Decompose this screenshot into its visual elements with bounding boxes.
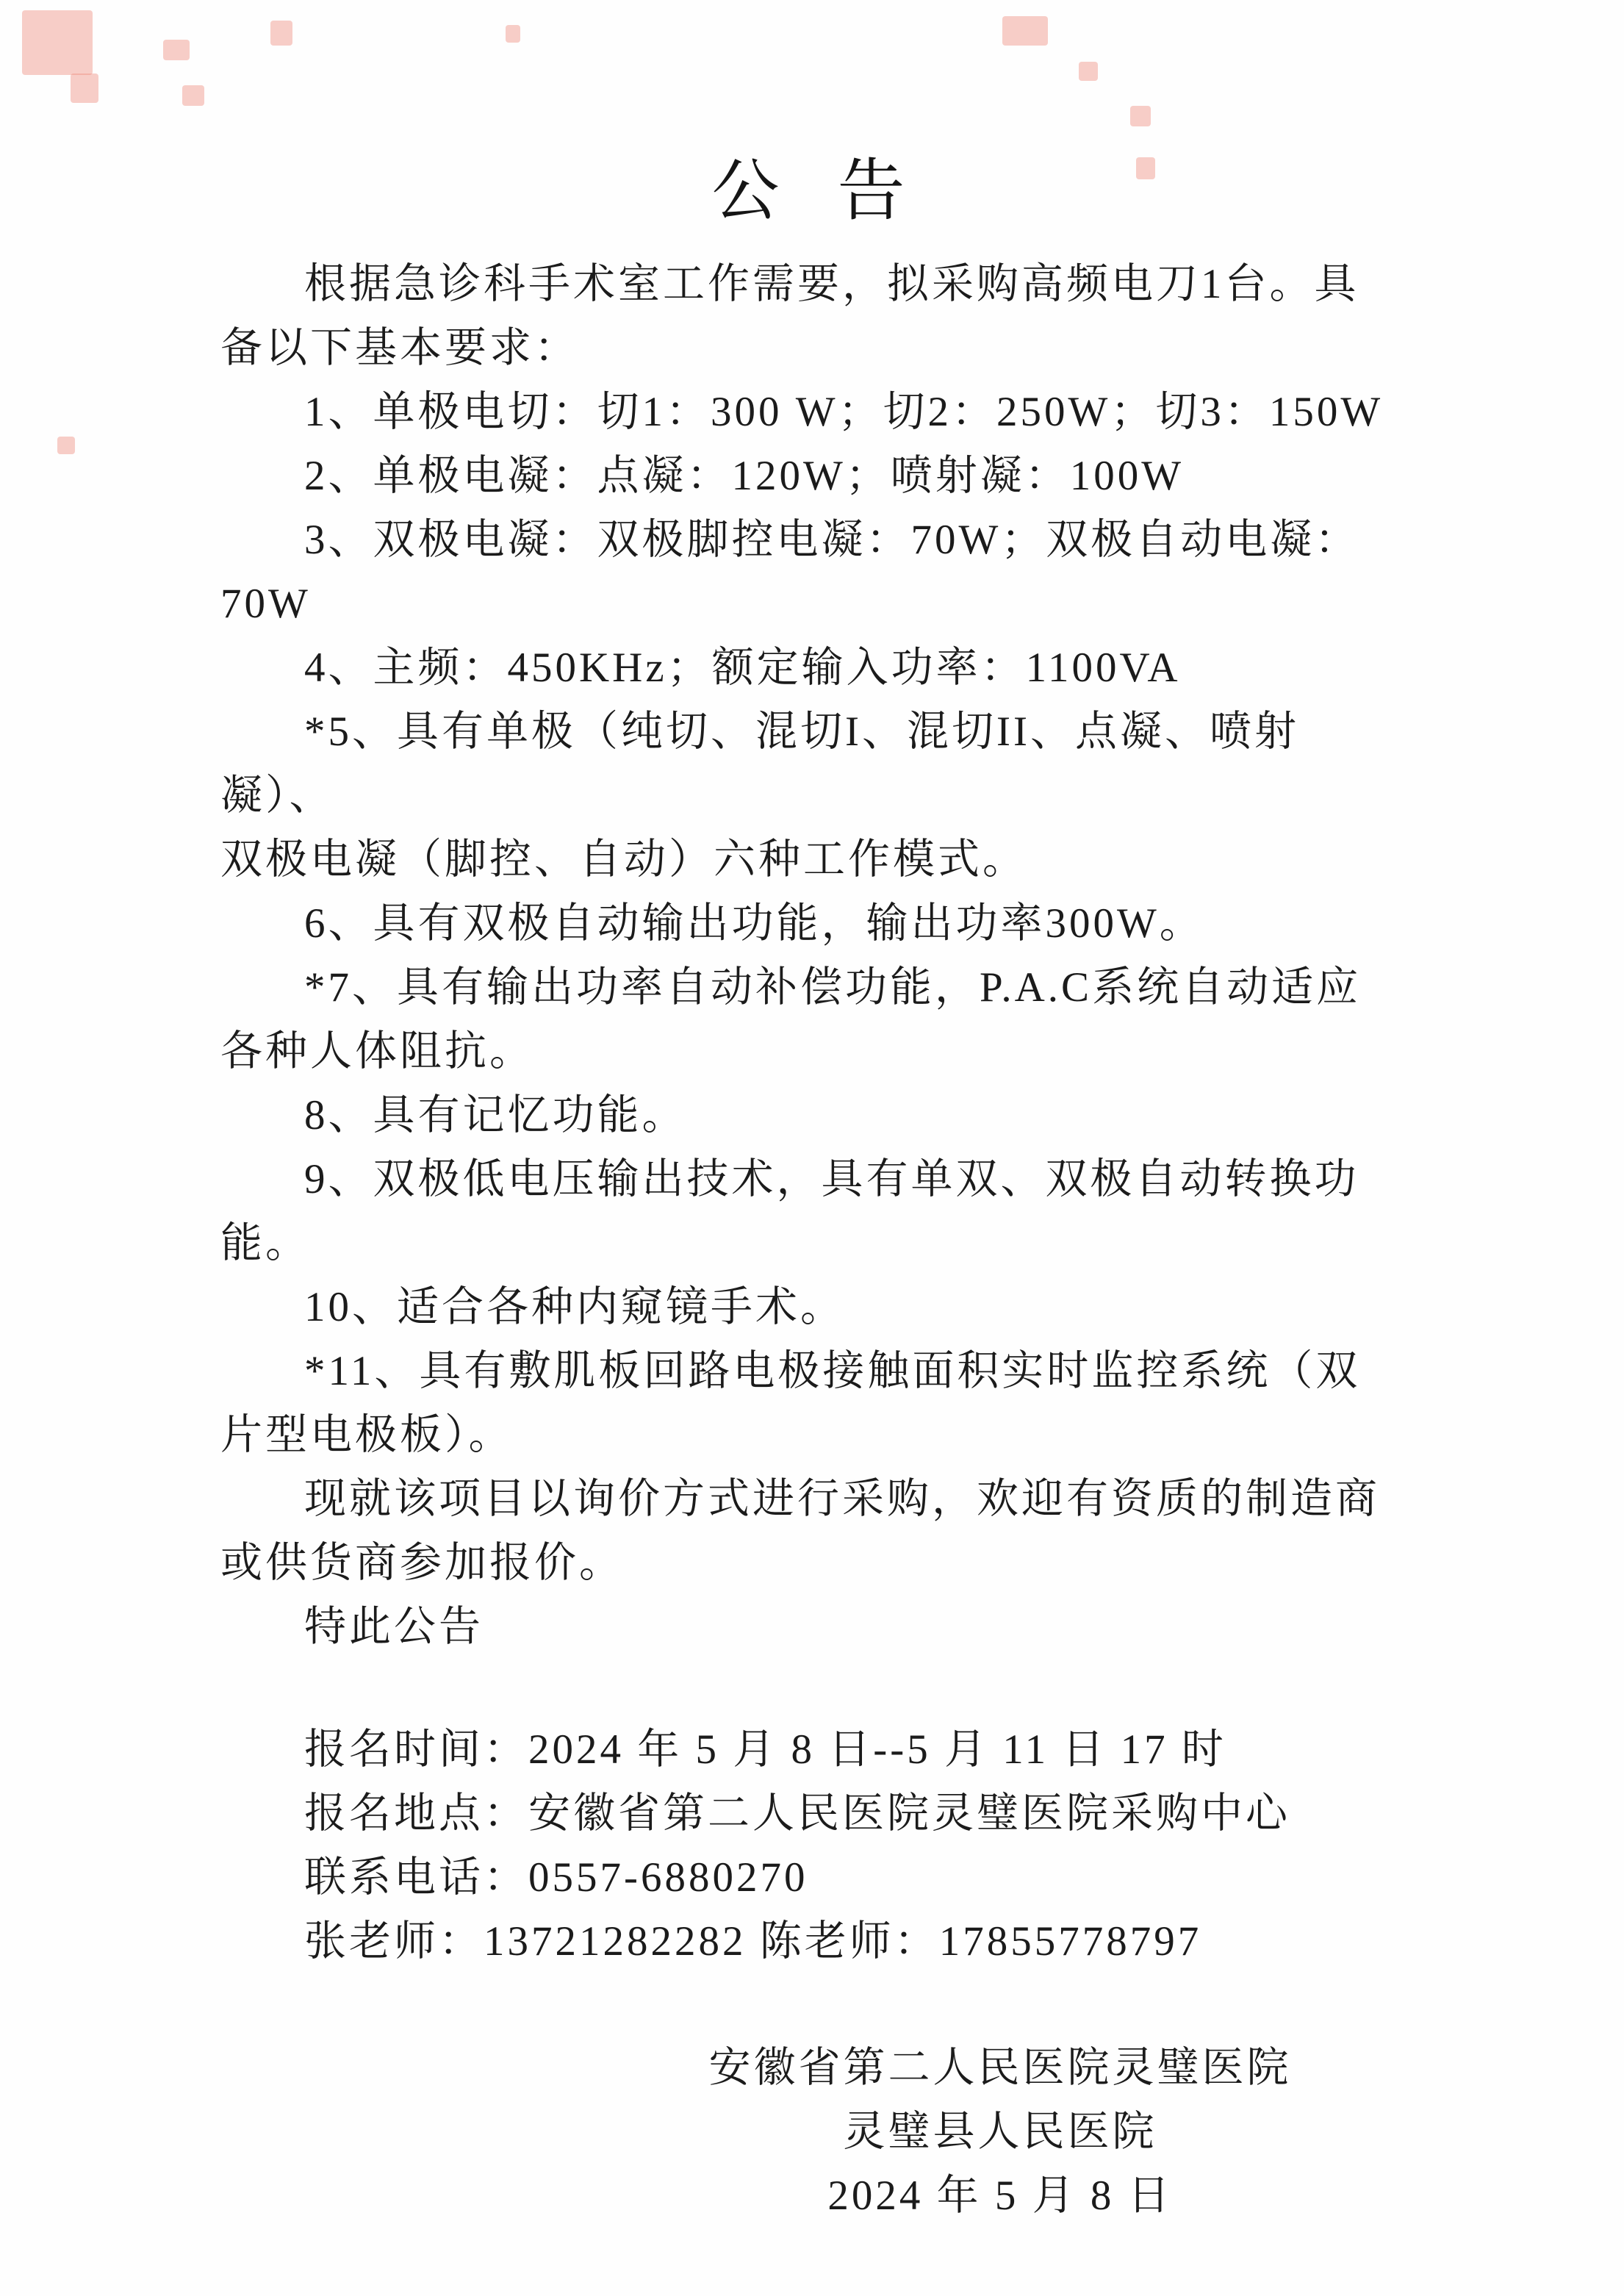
signature-date-line: 2024 年 5 月 8 日: [604, 2164, 1396, 2228]
page-title: 公 告: [220, 143, 1396, 239]
registration-time-line: 报名时间：2024 年 5 月 8 日--5 月 11 日 17 时: [220, 1718, 1396, 1782]
registration-location-line: 报名地点：安徽省第二人民医院灵璧医院采购中心: [220, 1782, 1396, 1845]
signature-hospital-line: 安徽省第二人民医院灵璧医院: [604, 2036, 1396, 2100]
body-line: 3、双极电凝：双极脚控电凝：70W；双极自动电凝：70W: [220, 508, 1396, 636]
body-line: *7、具有输出功率自动补偿功能，P.A.C系统自动适应: [220, 955, 1396, 1019]
body-line: 根据急诊科手术室工作需要，拟采购高频电刀1台。具: [220, 252, 1396, 316]
body-line: *11、具有敷肌板回路电极接触面积实时监控系统（双: [220, 1339, 1396, 1403]
body-line: 1、单极电切：切1：300 W；切2：250W；切3：150W: [220, 380, 1396, 444]
body-line: 2、单极电凝：点凝：120W；喷射凝：100W: [220, 444, 1396, 508]
body-line: 特此公告: [220, 1595, 1396, 1659]
contact-persons-line: 张老师：13721282282 陈老师：17855778797: [220, 1909, 1396, 1973]
contact-phone-line: 联系电话：0557-6880270: [220, 1845, 1396, 1909]
body-line: 9、双极低电压输出技术，具有单双、双极自动转换功: [220, 1147, 1396, 1211]
body-line: 片型电极板）。: [220, 1403, 1396, 1467]
body-line: 双极电凝（脚控、自动）六种工作模式。: [220, 828, 1396, 892]
body-line: 各种人体阻抗。: [220, 1019, 1396, 1083]
body-line: 10、适合各种内窥镜手术。: [220, 1275, 1396, 1339]
body-line: 能。: [220, 1211, 1396, 1275]
body-line: 8、具有记忆功能。: [220, 1083, 1396, 1147]
body-line: 备以下基本要求：: [220, 316, 1396, 380]
body-line: 4、主频：450KHz；额定输入功率：1100VA: [220, 636, 1396, 700]
announcement-page: 公 告 根据急诊科手术室工作需要，拟采购高频电刀1台。具 备以下基本要求： 1、…: [0, 0, 1624, 2228]
announcement-body: 根据急诊科手术室工作需要，拟采购高频电刀1台。具 备以下基本要求： 1、单极电切…: [220, 252, 1396, 1659]
registration-info: 报名时间：2024 年 5 月 8 日--5 月 11 日 17 时 报名地点：…: [220, 1718, 1396, 1973]
signature: 安徽省第二人民医院灵璧医院 灵璧县人民医院 2024 年 5 月 8 日: [604, 2036, 1396, 2228]
body-line: 现就该项目以询价方式进行采购，欢迎有资质的制造商: [220, 1467, 1396, 1531]
body-line: 6、具有双极自动输出功能，输出功率300W。: [220, 892, 1396, 955]
signature-hospital-line-2: 灵璧县人民医院: [604, 2100, 1396, 2164]
body-line: *5、具有单极（纯切、混切I、混切II、点凝、喷射凝）、: [220, 700, 1396, 828]
body-line: 或供货商参加报价。: [220, 1531, 1396, 1595]
